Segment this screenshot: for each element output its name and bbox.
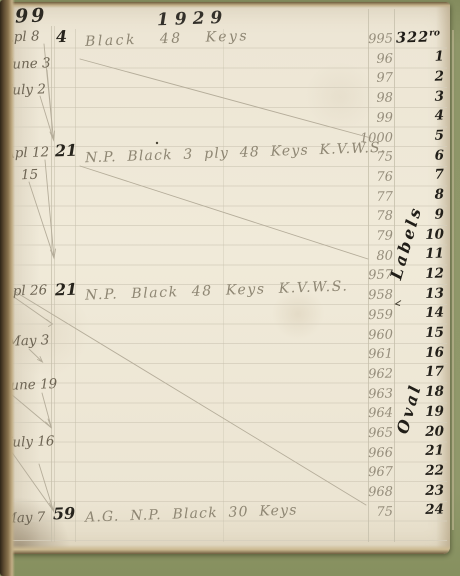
page-number: 99 [15, 6, 48, 26]
serial-number: 76 [352, 171, 393, 185]
tally-number: 14 [410, 307, 444, 322]
tally-number: 15 [410, 326, 444, 341]
ledger-photo: 99 1929 322ro Apl 8June 3July 2Apl 1215A… [0, 0, 460, 576]
serial-number: 75 [352, 505, 393, 519]
tally-number: 2 [410, 70, 444, 85]
serial-number: 960 [352, 328, 393, 342]
serial-number: 99 [352, 111, 393, 125]
quantity-value: 4 [56, 29, 68, 45]
tally-number: 4 [410, 110, 444, 125]
tally-number: 1 [410, 51, 444, 66]
serial-number: 964 [352, 407, 393, 421]
serial-number: 961 [352, 348, 393, 362]
date-item: 15 [21, 169, 39, 183]
quantity-value: 21 [55, 282, 78, 299]
year-title: 1929 [157, 10, 229, 29]
quantity-value: 21 [55, 143, 78, 160]
tally-number: 3 [410, 90, 444, 105]
tally-number: 6 [410, 149, 444, 164]
tally-number: 12 [410, 267, 444, 282]
serial-number: 79 [352, 230, 393, 244]
serial-number: 962 [352, 368, 393, 382]
ledger-page: 99 1929 322ro Apl 8June 3July 2Apl 1215A… [0, 2, 450, 554]
tally-number: 5 [410, 129, 444, 144]
tally-total-value: 322 [396, 28, 430, 46]
tally-number: 13 [410, 287, 444, 302]
tally-number: 23 [410, 484, 444, 499]
quantity-value: 59 [53, 506, 76, 523]
serial-number: 965 [352, 427, 393, 441]
tally-number: 20 [410, 425, 444, 440]
serial-number: 97 [352, 72, 393, 86]
margin-rule-left [51, 26, 52, 542]
serial-number: 1000 [352, 131, 393, 145]
serial-number: 77 [352, 190, 393, 204]
serial-number: 995 [352, 33, 393, 47]
book-binding-edge [0, 0, 15, 576]
tally-total-suffix: ro [429, 28, 440, 38]
tally-number: 11 [410, 248, 444, 263]
serial-number: 78 [352, 210, 393, 224]
page-stack-edge [452, 30, 454, 530]
serial-number: 967 [352, 466, 393, 480]
tally-number: 24 [410, 504, 444, 519]
tally-total: 322ro [396, 29, 441, 46]
serial-number: 75 [352, 151, 393, 165]
serial-number: 98 [352, 92, 393, 106]
serial-number: 96 [352, 52, 393, 66]
serial-number: 968 [352, 486, 393, 500]
tally-number: 22 [410, 464, 444, 479]
tally-number: 21 [410, 445, 444, 460]
serial-number: 80 [352, 249, 393, 263]
serial-number: 963 [352, 387, 393, 401]
